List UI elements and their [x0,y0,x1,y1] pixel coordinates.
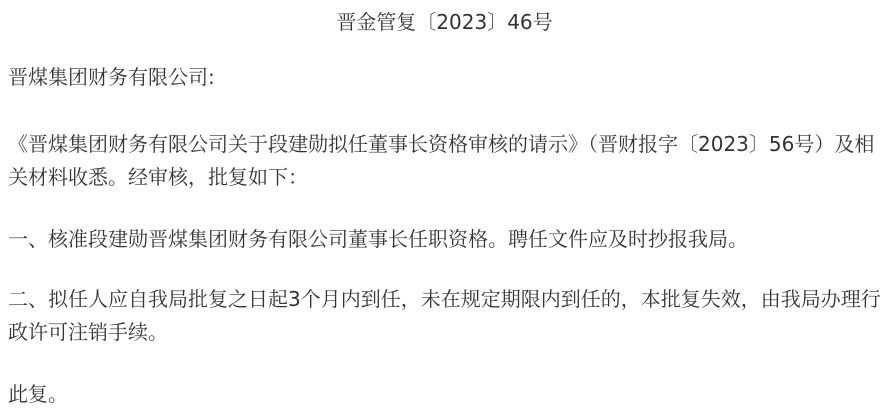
paragraph-closing: 此复。 [8,378,881,411]
document-page: 晋金管复〔2023〕46号 晋煤集团财务有限公司: 《晋煤集团财务有限公司关于段… [0,0,889,415]
paragraph-intro: 《晋煤集团财务有限公司关于段建勋拟任董事长资格审核的请示》（晋财报字〔2023〕… [8,128,881,194]
salutation: 晋煤集团财务有限公司: [8,61,881,94]
paragraph-item-1: 一、核准段建勋晋煤集团财务有限公司董事长任职资格。聘任文件应及时抄报我局。 [8,223,881,256]
document-number: 晋金管复〔2023〕46号 [8,6,881,39]
paragraph-item-2: 二、拟任人应自我局批复之日起3个月内到任，未在规定期限内到任的，本批复失效，由我… [8,283,881,349]
